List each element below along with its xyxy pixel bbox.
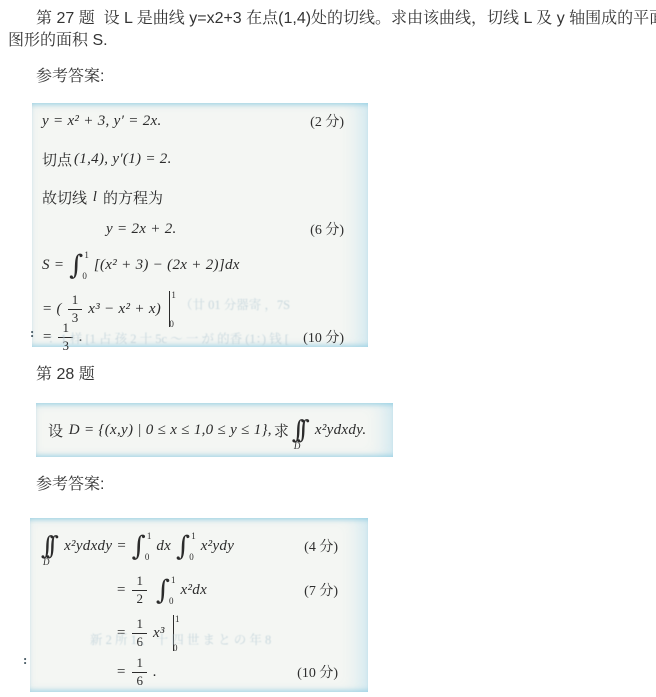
scan-bleed-artifact: 新 2 所 1 、 十 四 世 ま と の 年 8 <box>90 630 271 648</box>
fraction-one-half: 1 2 <box>132 574 147 606</box>
tangent-point-label: 切点 <box>42 149 72 170</box>
tangent-line-var: l <box>93 189 97 206</box>
tangent-line-text-1: 故切线 <box>42 187 91 208</box>
scan-edge-mark: : <box>30 325 34 341</box>
question-28-scan-block: 设 D = {(x,y) | 0 ≤ x ≤ 1,0 ≤ y ≤ 1}, 求 ∫… <box>36 403 393 457</box>
tangent-equation: y = 2x + 2. <box>106 221 177 238</box>
score-4: (4 分) <box>304 536 338 556</box>
final-equals: = <box>116 664 126 681</box>
question-28-title: 第 28 题 <box>36 364 95 386</box>
answer-27-scan-block: y = x² + 3, y′ = 2x. (2 分) 切点 (1,4), y′(… <box>32 103 368 347</box>
double-integral-sign: ∫∫ D <box>41 533 59 559</box>
domain-definition: D = {(x,y) | 0 ≤ x ≤ 1,0 ≤ y ≤ 1}, <box>69 422 272 439</box>
antiderivative-pre: = ( <box>42 301 62 318</box>
dx-token: dx <box>156 538 171 555</box>
double-integral-lhs: x²ydxdy = <box>64 538 127 555</box>
find-label: 求 <box>274 420 289 441</box>
final-one-sixth: 1 6 <box>132 656 147 688</box>
answer-28-scan-block: ∫∫ D x²ydxdy = ∫ 10 dx ∫ 10 x²ydy (4 分) … <box>30 518 368 692</box>
integral-sign: ∫ 10 <box>132 530 152 562</box>
question-27-text-line1: 第 27 题 设 L 是曲线 y=x2+3 在点(1,4)处的切线。求由该曲线，… <box>36 8 656 30</box>
score-7: (7 分) <box>304 580 338 600</box>
formula-derivative: y = x² + 3, y′ = 2x. <box>42 113 162 130</box>
score-10: (10 分) <box>303 327 344 347</box>
integral-sign: ∫ 10 <box>176 530 196 562</box>
final-period: . <box>153 664 157 681</box>
inner-integrand: x²ydy <box>201 538 234 555</box>
integral-sign: ∫ 10 <box>156 574 176 606</box>
integrand-expression: x²ydxdy. <box>315 422 366 439</box>
double-integral-sign: ∫∫ D <box>292 417 310 443</box>
antiderivative-body: x³ − x² + x) <box>88 301 161 318</box>
score-6: (6 分) <box>310 219 344 239</box>
step2-equals: = <box>116 582 126 599</box>
exam-answer-page: { "sym": { "int": "∫" }, "page": { "q27_… <box>0 0 656 697</box>
tangent-line-text-2: 的方程为 <box>99 187 163 208</box>
let-label: 设 <box>48 420 67 441</box>
tangent-point-value: (1,4), y′(1) = 2. <box>74 151 172 168</box>
score-10: (10 分) <box>297 662 338 682</box>
score-2: (2 分) <box>310 111 344 131</box>
scan-bleed-artifact: （廿 01 分器寄 ，7S <box>180 295 290 313</box>
integral-sign: ∫ 10 <box>69 249 89 281</box>
reference-answer-label-27: 参考答案: <box>36 66 104 88</box>
question-27-text-line2: 图形的面积 S. <box>8 30 108 52</box>
area-integral-lhs: S = <box>42 257 64 274</box>
scan-bleed-artifact: ：1 样 [1 占 孩 2 十 5c 〜 一 が 的香 (1：) 钱 [ <box>48 329 289 347</box>
step2-integrand: x²dx <box>181 582 208 599</box>
scan-edge-mark: : <box>23 652 27 668</box>
reference-answer-label-28: 参考答案: <box>36 474 104 496</box>
area-integrand: [(x² + 3) − (2x + 2)]dx <box>94 257 240 274</box>
